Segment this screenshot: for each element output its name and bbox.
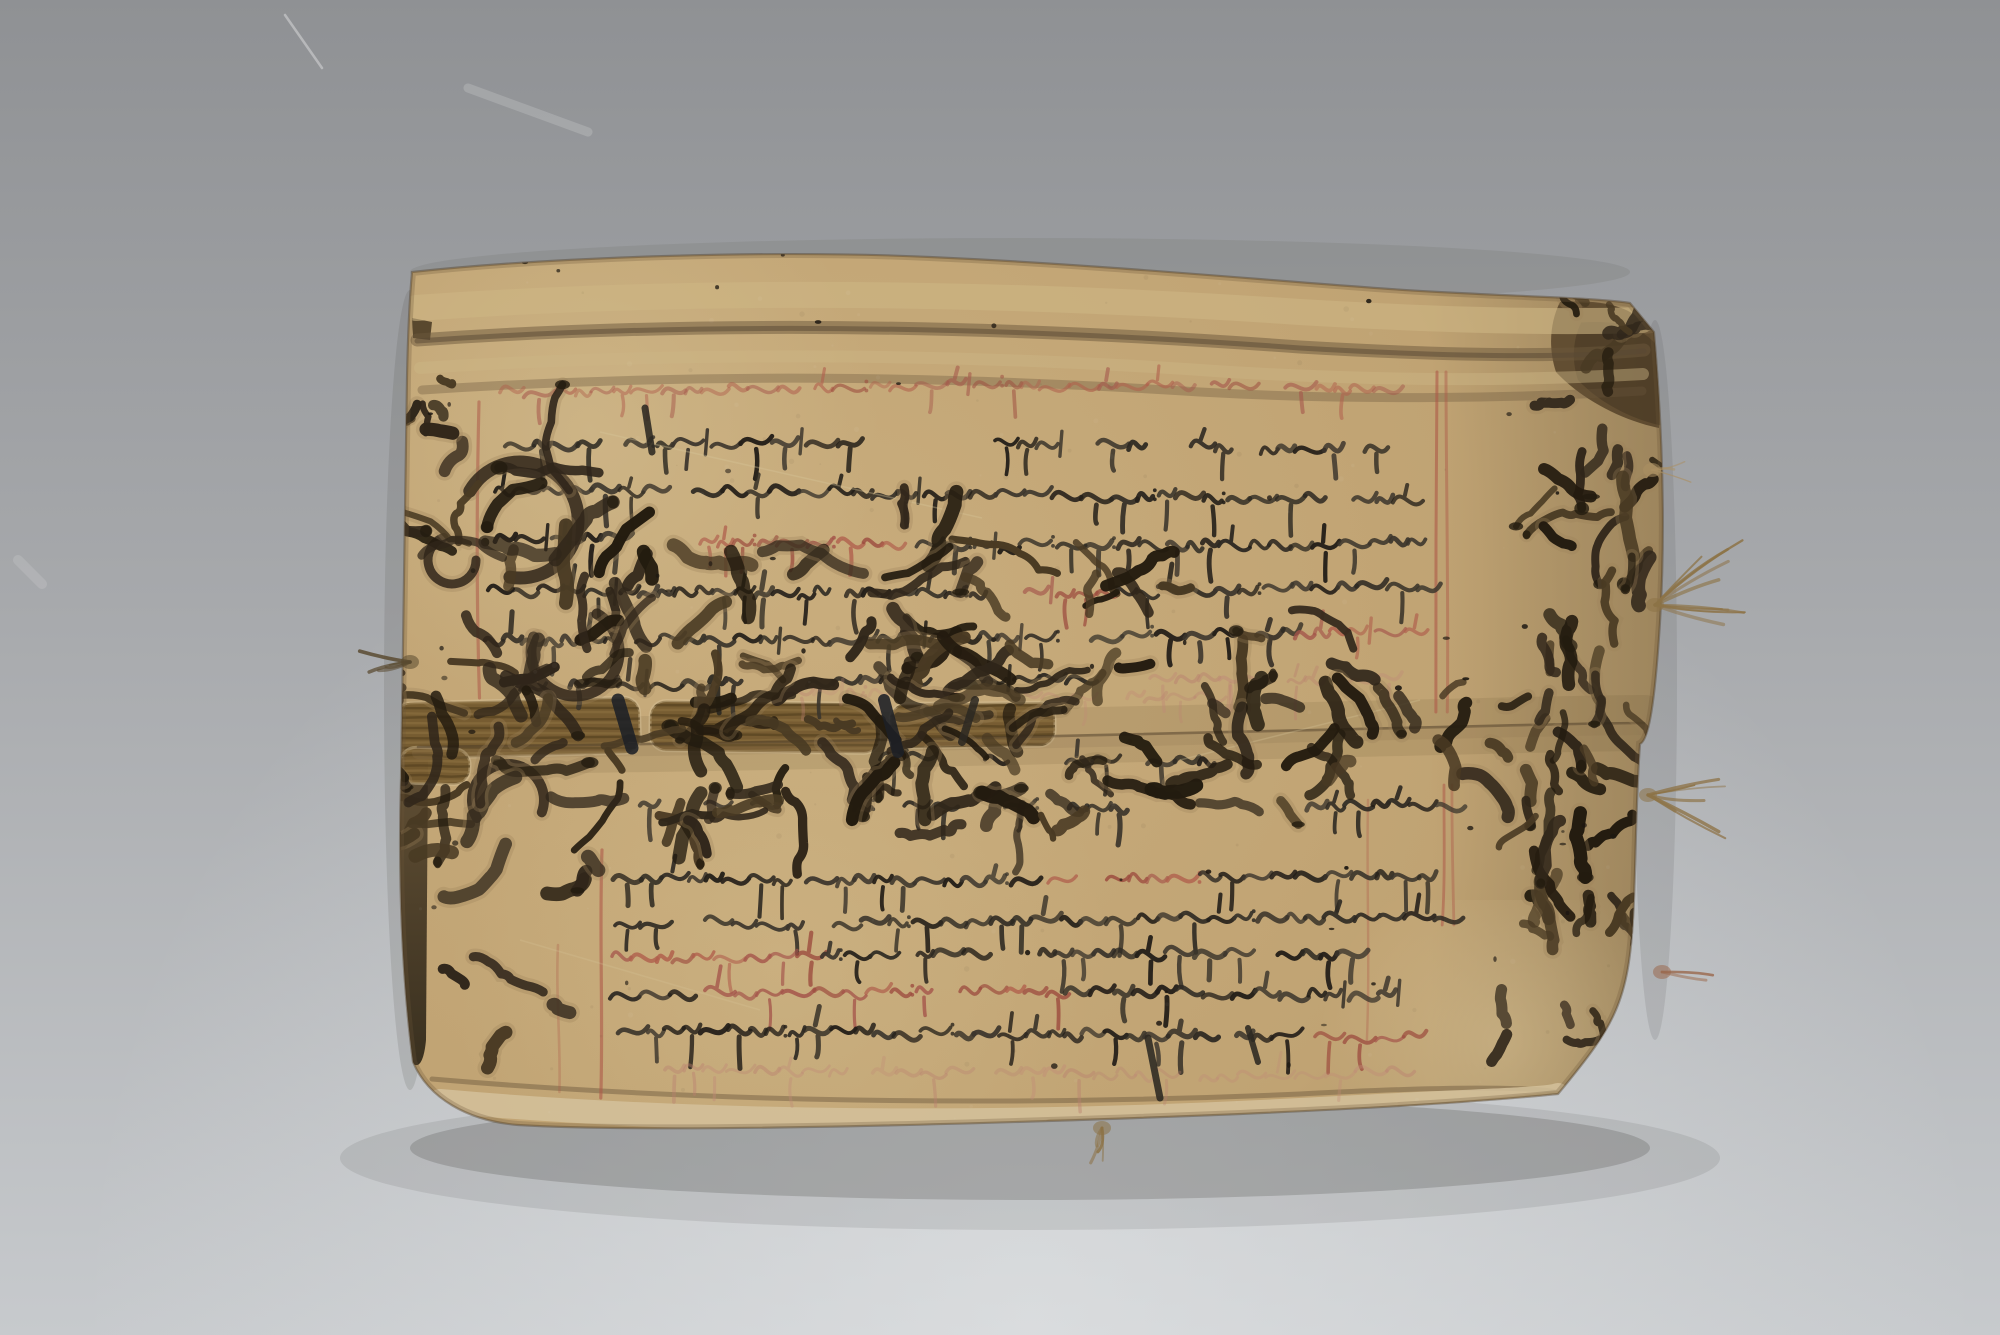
manuscript-photo-svg <box>0 0 2000 1335</box>
manuscript-photo <box>0 0 2000 1335</box>
manuscript-book <box>307 243 1735 1160</box>
red-margin-line <box>1446 372 1448 712</box>
red-margin-line <box>601 850 602 1098</box>
red-margin-line <box>1436 372 1437 712</box>
